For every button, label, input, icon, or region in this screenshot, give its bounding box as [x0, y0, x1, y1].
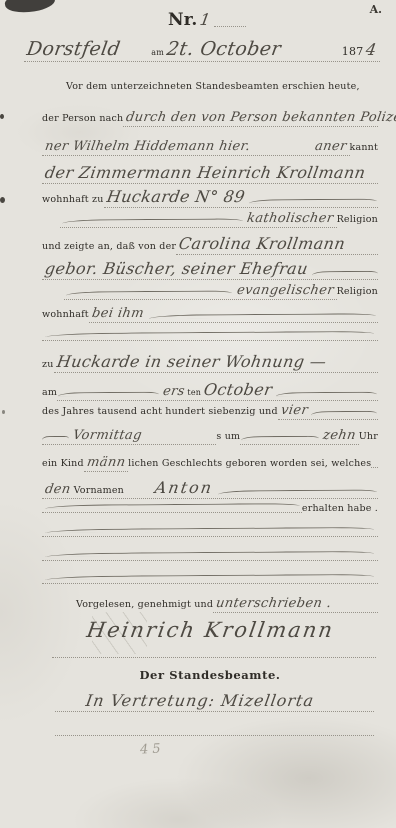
- identifier-name-handwriting: ner Wilhelm Hiddemann hier.: [41, 139, 255, 154]
- ruled-zone: ers ten October: [57, 380, 378, 401]
- birthyear-printed: des Jahres tausend acht hundert siebenzi…: [42, 406, 278, 417]
- blank-ruled-line: [42, 551, 378, 567]
- signature-rule-line: [52, 648, 376, 664]
- record-number-value: 1: [196, 10, 216, 29]
- blank-ruled-line: [42, 527, 378, 543]
- edge-speck: [2, 410, 5, 414]
- ruled-zone: In Vertretung: Mizellorta: [55, 691, 374, 712]
- edge-speck: [0, 114, 4, 119]
- pencil-note: 45: [140, 741, 165, 757]
- religion-father-handwriting: katholischer: [243, 211, 338, 226]
- blank-ruled-line: [42, 331, 378, 347]
- daytime-um-printed: s um: [216, 431, 240, 442]
- scanned-birth-record-page: A. Nr. 1 Dorstfeld am 2t. October 187 4 …: [0, 0, 396, 828]
- ruled-zone: männ: [84, 455, 128, 472]
- fill-rule: [317, 702, 374, 710]
- ruled-zone: [42, 551, 378, 561]
- ruled-zone: den Vornamen Anton: [42, 478, 378, 499]
- corner-letter: A.: [370, 3, 382, 16]
- ruled-zone: Huckarde in seiner Wohnung —: [54, 352, 378, 373]
- filler-stroke: [240, 435, 320, 443]
- filler-stroke: [311, 270, 378, 278]
- religion-mother-handwriting: evangelischer: [232, 283, 337, 298]
- declarant-signature: Heinrich Krollmann: [82, 618, 339, 642]
- forename-den-handwriting: den: [41, 482, 75, 497]
- record-number-label: Nr.: [168, 10, 197, 30]
- year-printed: 187: [342, 45, 364, 58]
- fill-rule: [369, 174, 379, 182]
- birthday-month-handwriting: October: [200, 380, 277, 399]
- filler-stroke: [60, 218, 244, 226]
- person-label: der Person nach: [42, 113, 123, 124]
- ruled-zone: vier: [278, 403, 378, 420]
- ruled-zone: [371, 458, 378, 468]
- ruled-zone: bei ihm: [89, 306, 378, 323]
- fill-rule: [55, 702, 83, 710]
- deputy-signature-line: In Vertretung: Mizellorta: [55, 691, 374, 713]
- fill-rule: [214, 17, 246, 27]
- birthplace-value-handwriting: Huckarde in seiner Wohnung —: [52, 352, 330, 371]
- child-printed-2: lichen Geschlechts geboren worden sei, w…: [128, 458, 371, 469]
- date-value: 2t. October: [162, 38, 285, 60]
- residence2-label: wohnhaft: [42, 309, 89, 320]
- registrar-title-line: Der Standesbeamte.: [42, 668, 378, 686]
- filler-stroke: [42, 435, 70, 443]
- fill-rule: [253, 146, 312, 154]
- ruled-zone: [55, 726, 374, 736]
- received-printed: erhalten habe .: [302, 503, 378, 514]
- record-number-line: Nr. 1: [168, 10, 246, 32]
- ruled-zone: ner Wilhelm Hiddemann hier. aner: [42, 139, 350, 156]
- ink-blob-artifact: [4, 0, 56, 16]
- filler-stroke: [42, 527, 378, 535]
- religion-mother-line: evangelischer Religion: [64, 283, 378, 299]
- ruled-zone: [42, 331, 378, 341]
- forename-label: Vornamen: [74, 485, 124, 496]
- fill-rule: [334, 603, 378, 611]
- ruled-zone: unterschrieben .: [213, 596, 378, 613]
- ruled-zone: Carolina Krollmann: [176, 234, 378, 255]
- daytime-handwriting: Vormittag: [69, 428, 146, 443]
- residence-label: wohnhaft zu: [42, 194, 104, 205]
- closing-printed: Vorgelesen, genehmigt und: [76, 599, 213, 610]
- ruled-zone: Vormittag: [42, 428, 216, 445]
- sex-handwriting: männ: [83, 455, 130, 470]
- mother-maiden-handwriting: gebor. Büscher, seiner Ehefrau: [40, 259, 312, 278]
- father-line: der Zimmermann Heinrich Krollmann: [42, 163, 378, 181]
- ruled-zone: katholischer: [60, 211, 337, 228]
- anerkannt-printed: kannt: [350, 142, 378, 153]
- ruled-zone: evangelischer: [64, 283, 337, 300]
- ruled-zone: [52, 648, 376, 658]
- filler-stroke: [248, 198, 378, 206]
- ruled-zone: [42, 574, 378, 584]
- fill-rule: [329, 363, 378, 371]
- mother-name-handwriting: Carolina Krollmann: [175, 234, 350, 253]
- birthplace-line: zu Huckarde in seiner Wohnung —: [42, 352, 378, 370]
- birthday-am-label: am: [42, 387, 57, 398]
- mother-intro-label: und zeigte an, daß von der: [42, 241, 176, 252]
- religion-label: Religion: [337, 214, 378, 225]
- fill-rule: [284, 52, 342, 60]
- fill-rule: [348, 245, 376, 253]
- filler-stroke: [64, 290, 234, 298]
- intro-line: Vor dem unterzeichneten Standesbeamten e…: [66, 81, 378, 97]
- filler-stroke: [57, 391, 160, 399]
- declarant-signature-line: Heinrich Krollmann: [42, 618, 378, 648]
- fill-rule: [124, 489, 152, 497]
- birthday-line: am ers ten October: [42, 380, 378, 396]
- filler-stroke: [216, 489, 378, 497]
- year-handwritten: 4: [362, 40, 382, 59]
- filler-stroke: [42, 574, 378, 582]
- ruled-zone: durch den von Person bekannten Polizeidi…: [123, 110, 378, 127]
- person-line: der Person nach durch den von Person bek…: [42, 110, 378, 126]
- fill-rule: [371, 458, 379, 466]
- filler-stroke: [147, 313, 378, 321]
- residence2-value-handwriting: bei ihm: [88, 306, 148, 321]
- person-identification-handwriting: durch den von Person bekannten Polizeidi…: [122, 110, 396, 125]
- identifier-line: ner Wilhelm Hiddemann hier. aner kannt: [42, 139, 378, 155]
- birthday-day-handwriting: ers: [158, 384, 188, 399]
- ruled-zone: gebor. Büscher, seiner Ehefrau: [42, 259, 378, 280]
- blank-ruled-line: [42, 574, 378, 590]
- hour-handwriting: zehn: [319, 428, 360, 443]
- registrar-title: Der Standesbeamte.: [139, 668, 280, 682]
- child-sex-line: ein Kind männ lichen Geschlechts geboren…: [42, 455, 378, 471]
- fill-rule: [55, 726, 374, 734]
- ruled-zone: der Zimmermann Heinrich Krollmann: [42, 163, 378, 184]
- bottom-rule-line: [55, 726, 374, 742]
- filler-stroke: [275, 391, 378, 399]
- birthtime-line: Vormittag s um zehn Uhr: [42, 428, 378, 444]
- mother-maiden-line: gebor. Büscher, seiner Ehefrau: [42, 259, 378, 277]
- closing-handwriting: unterschrieben .: [212, 596, 336, 611]
- forename-line: den Vornamen Anton: [42, 478, 378, 496]
- received-line: erhalten habe .: [42, 503, 378, 519]
- fill-rule: [214, 17, 246, 25]
- edge-speck: [0, 197, 5, 203]
- residence-line: wohnhaft zu Huckarde N° 89: [42, 187, 378, 205]
- ruled-zone: [42, 503, 302, 513]
- filler-stroke: [311, 410, 378, 418]
- religion-label: Religion: [337, 286, 378, 297]
- anerkannt-handwriting: aner: [311, 139, 351, 154]
- religion-father-line: katholischer Religion: [60, 211, 378, 227]
- fill-rule: [123, 52, 151, 60]
- mother-line: und zeigte an, daß von der Carolina Krol…: [42, 234, 378, 252]
- place-date-rule: Dorstfeld am 2t. October 187 4: [24, 38, 380, 62]
- filler-stroke: [42, 331, 378, 339]
- forename-value-handwriting: Anton: [150, 478, 217, 497]
- filler-stroke: [42, 551, 378, 559]
- closing-line: Vorgelesen, genehmigt und unterschrieben…: [76, 596, 378, 612]
- ruled-zone: zehn: [240, 428, 358, 445]
- birthyear-line: des Jahres tausend acht hundert siebenzi…: [42, 403, 378, 419]
- ruled-zone: Huckarde N° 89: [104, 187, 378, 208]
- filler-stroke: [42, 503, 302, 511]
- intro-text: Vor dem unterzeichneten Standesbeamten e…: [66, 81, 360, 92]
- uhr-printed: Uhr: [359, 431, 378, 442]
- father-name-handwriting: der Zimmermann Heinrich Krollmann: [40, 163, 370, 182]
- place-date-line: Dorstfeld am 2t. October 187 4: [24, 38, 380, 62]
- place-name: Dorstfeld: [22, 38, 125, 60]
- residence-value-handwriting: Huckarde N° 89: [102, 187, 249, 206]
- child-printed-1: ein Kind: [42, 458, 84, 469]
- deputy-signature: In Vertretung: Mizellorta: [81, 691, 318, 710]
- fill-rule: [52, 648, 376, 656]
- ruled-zone: [42, 527, 378, 537]
- residence2-line: wohnhaft bei ihm: [42, 306, 378, 322]
- birthyear-handwriting: vier: [277, 403, 312, 418]
